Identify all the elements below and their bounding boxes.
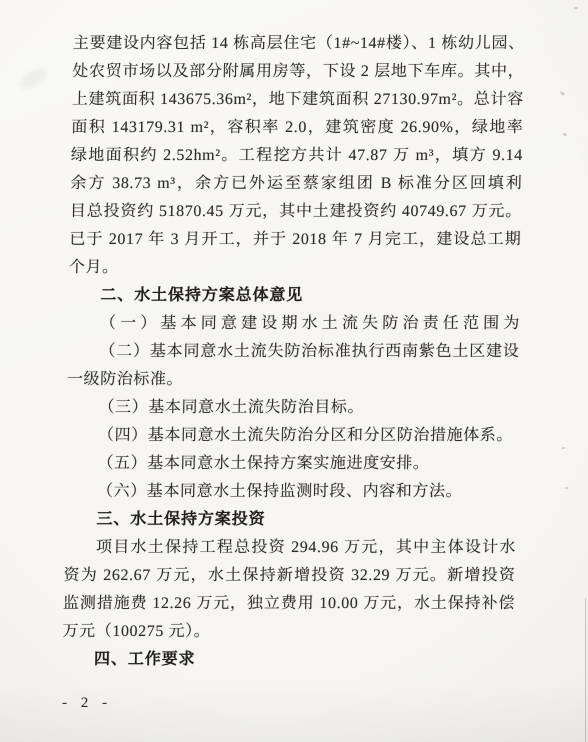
- section-heading: 四、工作要求: [62, 646, 514, 674]
- text-line: 资为 262.67 万元，水土保持新增投资 32.29 万元。新增投资中，: [63, 562, 515, 590]
- scan-speck: [565, 487, 568, 489]
- text-line: 一级防治标准。: [67, 366, 519, 394]
- text-line: 万元（100275 元）。: [62, 618, 514, 646]
- scan-speck: [563, 132, 568, 137]
- scan-speck: [574, 7, 578, 9]
- section-heading: 三、水土保持方案投资: [64, 506, 516, 534]
- text-line: （二）基本同意水土流失防治标准执行西南紫色土区建设类: [67, 338, 519, 366]
- text-line: 上建筑面积 143675.36m²，地下建筑面积 27130.97m²。总计容建…: [72, 86, 524, 114]
- section-heading: 二、水土保持方案总体意见: [68, 282, 520, 310]
- text-line: 面积 143179.31 m²，容积率 2.0，建筑密度 26.90%，绿地率 …: [71, 114, 523, 142]
- text-line: （五）基本同意水土保持方案实施进度安排。: [65, 450, 517, 478]
- text-line: （一）基本同意建设期水土流失防治责任范围为 7.16hm²。: [68, 310, 520, 338]
- text-line: 处农贸市场以及部分附属用房等，下设 2 层地下车库。其中，地: [72, 58, 524, 86]
- text-line: 余方 38.73 m³，余方已外运至蔡家组团 B 标准分区回填利用。项: [70, 170, 522, 198]
- text-line: （六）基本同意水土保持监测时段、内容和方法。: [65, 478, 517, 506]
- text-line: 绿地面积约 2.52hm²。工程挖方共计 47.87 万 m³，填方 9.14 …: [71, 142, 523, 170]
- text-line: 主要建设内容包括 14 栋高层住宅（1#~14#楼）、1 栋幼儿园、1: [73, 30, 525, 58]
- text-line: 目总投资约 51870.45 万元，其中土建投资约 40749.67 万元。工程: [70, 198, 522, 226]
- text-line: （三）基本同意水土流失防治目标。: [66, 394, 518, 422]
- document-body: 主要建设内容包括 14 栋高层住宅（1#~14#楼）、1 栋幼儿园、1处农贸市场…: [62, 30, 525, 674]
- text-line: 个月。: [69, 254, 521, 282]
- scan-speck: [562, 447, 565, 449]
- text-line: （四）基本同意水土流失防治分区和分区防治措施体系。: [66, 422, 518, 450]
- text-line: 项目水土保持工程总投资 294.96 万元，其中主体设计水保投: [64, 534, 516, 562]
- scan-speck: [560, 91, 566, 96]
- text-line: 已于 2017 年 3 月开工，并于 2018 年 7 月完工，建设总工期为 1…: [69, 226, 521, 254]
- page-number: - 2 -: [62, 695, 112, 712]
- text-line: 监测措施费 12.26 万元，独立费用 10.00 万元，水土保持补偿费 10.…: [63, 590, 515, 618]
- scan-edge-line: [585, 598, 586, 742]
- document-page: 主要建设内容包括 14 栋高层住宅（1#~14#楼）、1 栋幼儿园、1处农贸市场…: [0, 0, 588, 742]
- scan-smudge: [17, 65, 50, 92]
